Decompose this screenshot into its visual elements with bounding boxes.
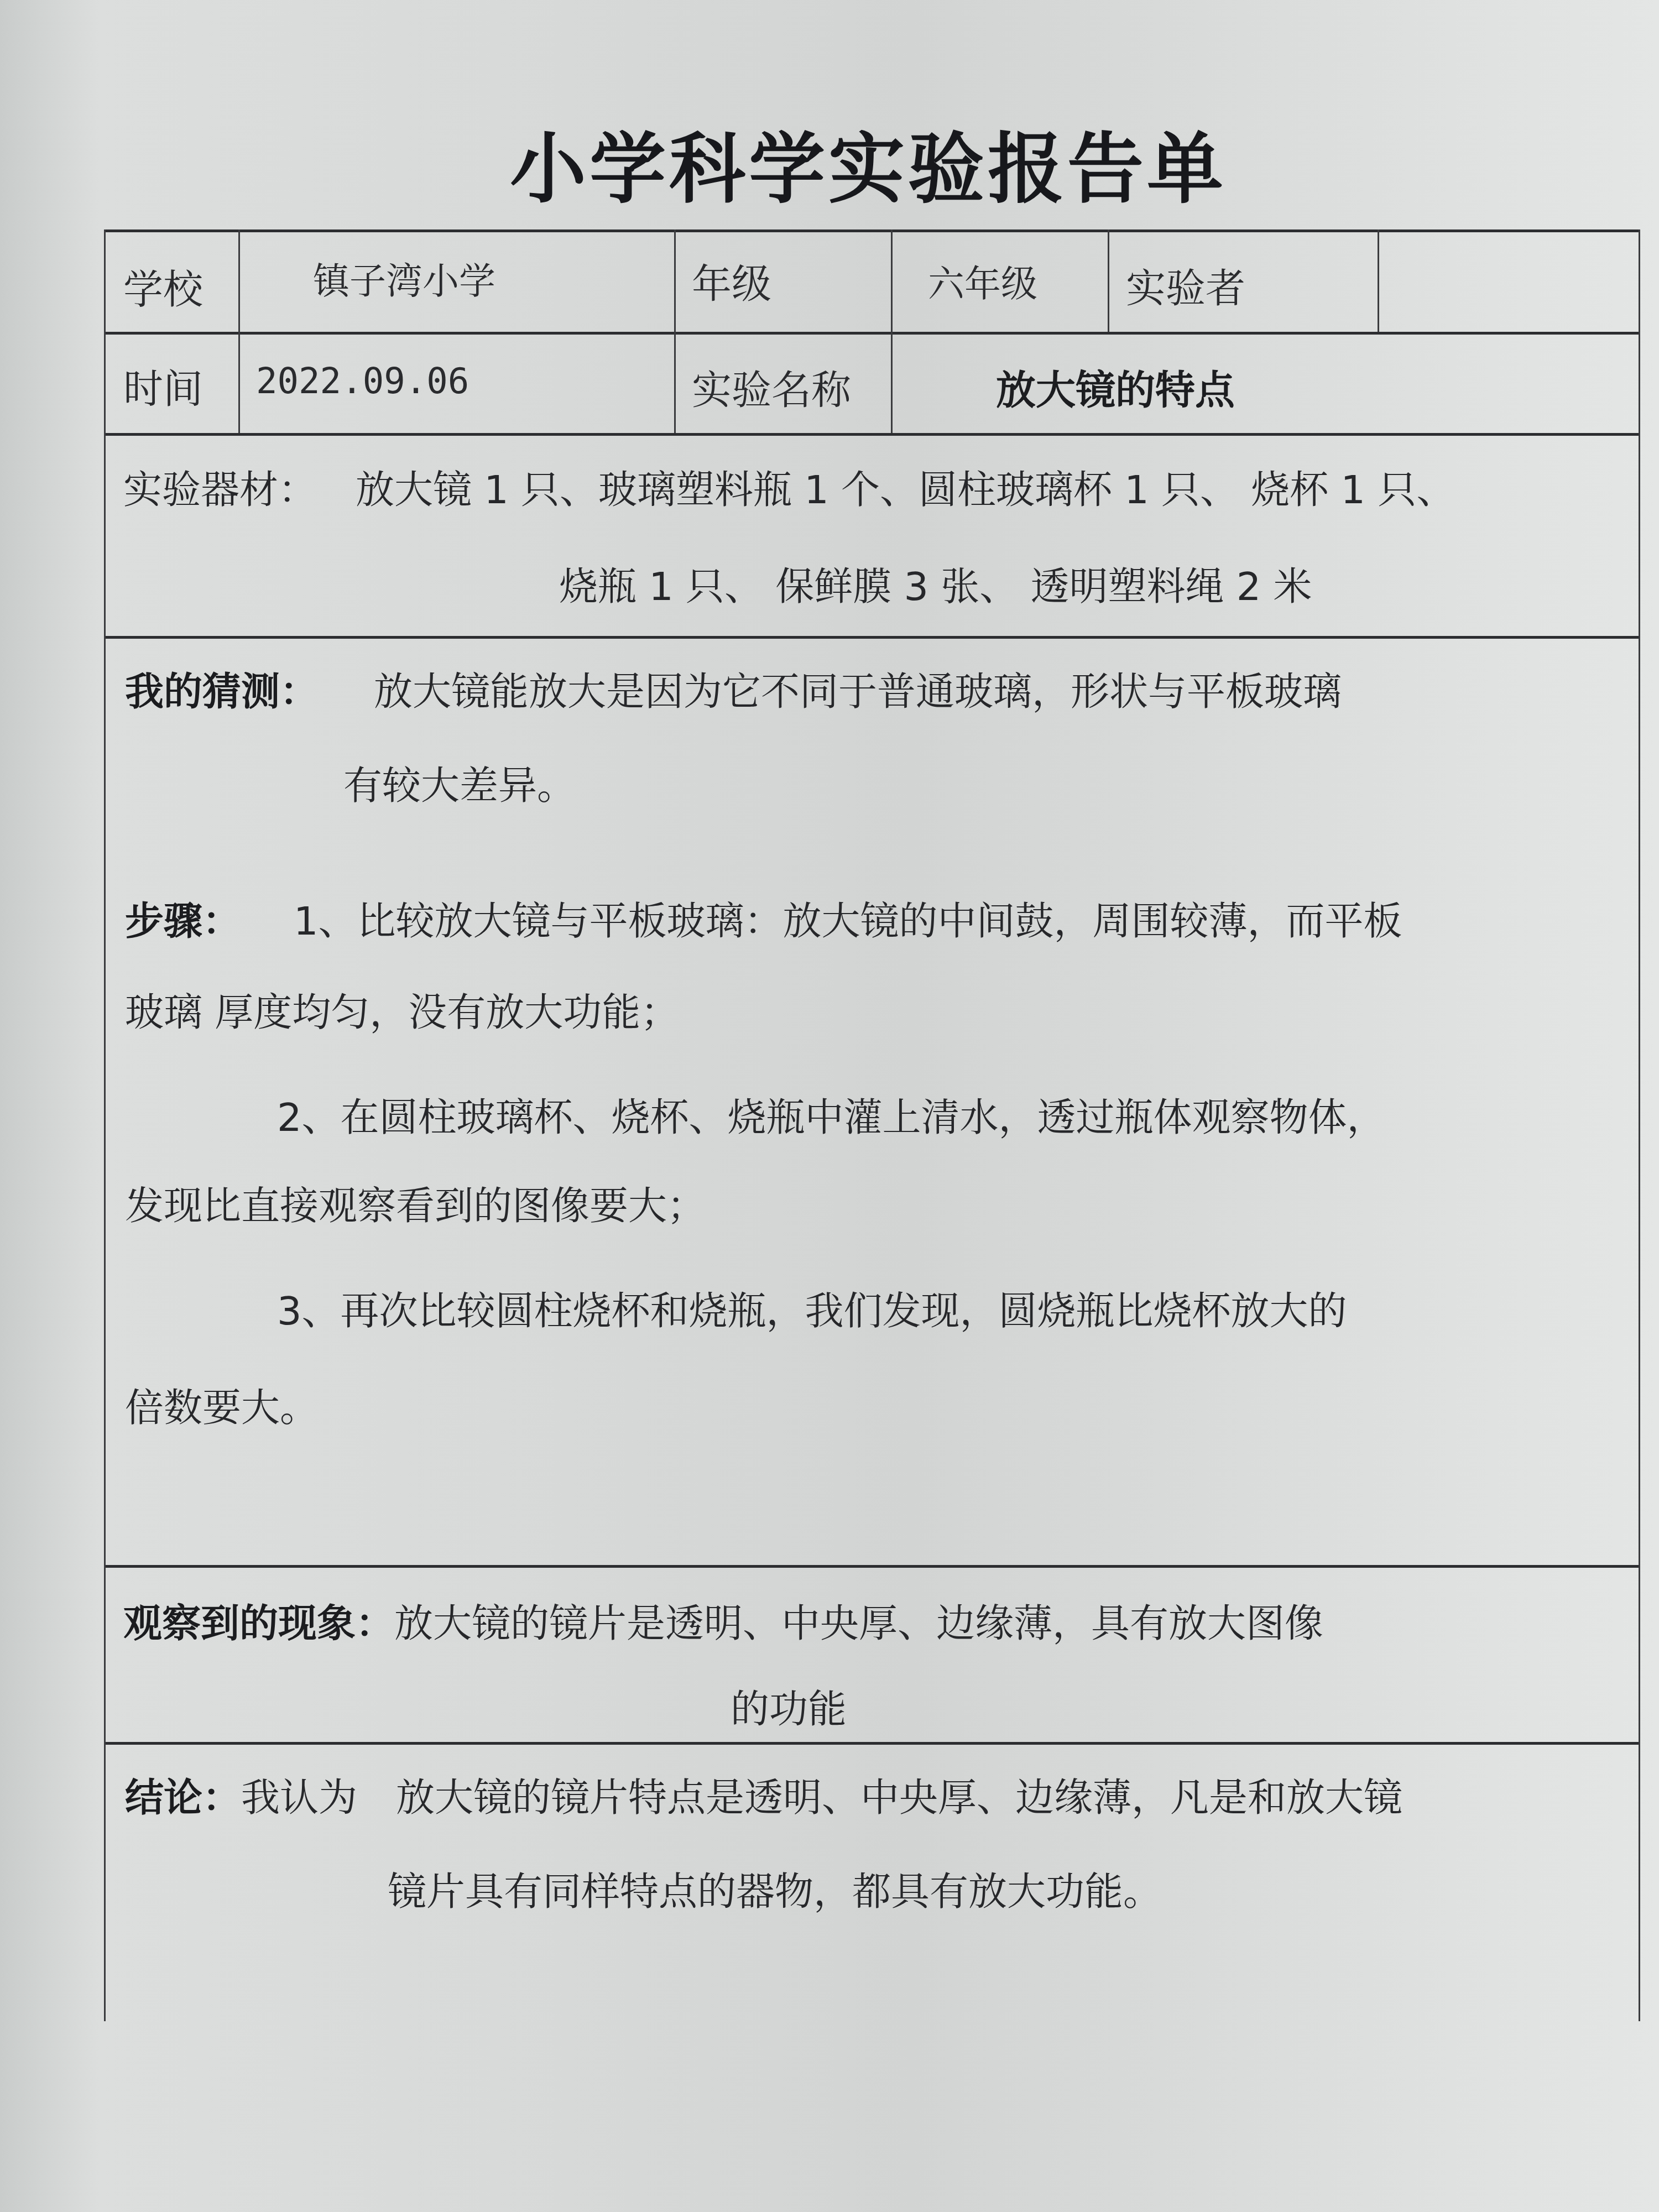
hypothesis-line-1: 我的猜测：放大镜能放大是因为它不同于普通玻璃，形状与平板玻璃 [125, 661, 1342, 717]
observation-line-1: 观察到的现象：放大镜的镜片是透明、中央厚、边缘薄，具有放大图像 [123, 1593, 1323, 1648]
step-1-line-1: 步骤：1、比较放大镜与平板玻璃：放大镜的中间鼓，周围较薄，而平板 [125, 890, 1402, 946]
materials-line-2: 烧瓶 1 只、 保鲜膜 3 张、 透明塑料绳 2 米 [559, 556, 1312, 612]
materials-text: 放大镜 1 只、玻璃塑料瓶 1 个、圆柱玻璃杯 1 只、 烧杯 1 只、 [356, 467, 1455, 513]
column-divider [674, 229, 676, 433]
observation-text: 放大镜的镜片是透明、中央厚、边缘薄，具有放大图像 [394, 1601, 1323, 1646]
conclusion-label: 结论： [125, 1775, 241, 1820]
column-divider [1378, 229, 1379, 332]
experiment-name-value: 放大镜的特点 [996, 358, 1235, 415]
materials-label: 实验器材： [123, 467, 317, 513]
step-3-line-1: 3、再次比较圆柱烧杯和烧瓶，我们发现，圆烧瓶比烧杯放大的 [277, 1280, 1347, 1336]
hypothesis-line-2: 有较大差异。 [343, 755, 576, 811]
grade-label: 年级 [692, 252, 771, 309]
row-divider [106, 433, 1639, 436]
column-divider [1108, 229, 1109, 332]
section-divider [106, 636, 1639, 639]
table-top-border [106, 229, 1639, 232]
report-form: 学校 镇子湾小学 年级 六年级 实验者 时间 2022.09.06 实验名称 放… [104, 229, 1640, 2021]
step-2-line-1: 2、在圆柱玻璃杯、烧杯、烧瓶中灌上清水，透过瓶体观察物体， [277, 1087, 1386, 1142]
step-1-text: 1、比较放大镜与平板玻璃：放大镜的中间鼓，周围较薄，而平板 [294, 899, 1402, 944]
school-label: 学校 [123, 257, 203, 315]
column-divider [238, 229, 240, 433]
experimenter-label: 实验者 [1126, 256, 1245, 314]
step-1-line-2: 玻璃 厚度均匀，没有放大功能； [125, 982, 679, 1037]
conclusion-line-1: 结论：我认为 放大镜的镜片特点是透明、中央厚、边缘薄，凡是和放大镜 [125, 1767, 1402, 1823]
grade-value: 六年级 [928, 254, 1037, 307]
step-3-line-2: 倍数要大。 [125, 1377, 319, 1433]
observation-label: 观察到的现象： [123, 1601, 394, 1646]
conclusion-text: 我认为 放大镜的镜片特点是透明、中央厚、边缘薄，凡是和放大镜 [241, 1775, 1402, 1820]
date-value: 2022.09.06 [256, 361, 469, 402]
school-value: 镇子湾小学 [313, 252, 495, 304]
date-label: 时间 [123, 357, 203, 414]
steps-label: 步骤： [125, 899, 241, 944]
experiment-name-label: 实验名称 [692, 358, 851, 415]
observation-line-2: 的功能 [731, 1678, 847, 1734]
column-divider [891, 229, 893, 433]
hypothesis-label: 我的猜测： [125, 669, 319, 714]
row-divider [106, 332, 1639, 335]
section-divider [106, 1565, 1639, 1568]
conclusion-line-2: 镜片具有同样特点的器物，都具有放大功能。 [388, 1861, 1162, 1917]
hypothesis-text: 放大镜能放大是因为它不同于普通玻璃，形状与平板玻璃 [374, 669, 1342, 714]
section-divider [106, 1742, 1639, 1745]
step-2-line-2: 发现比直接观察看到的图像要大； [125, 1175, 706, 1231]
materials-line-1: 实验器材：放大镜 1 只、玻璃塑料瓶 1 个、圆柱玻璃杯 1 只、 烧杯 1 只… [123, 459, 1455, 515]
page-title: 小学科学实验报告单 [0, 108, 1659, 217]
